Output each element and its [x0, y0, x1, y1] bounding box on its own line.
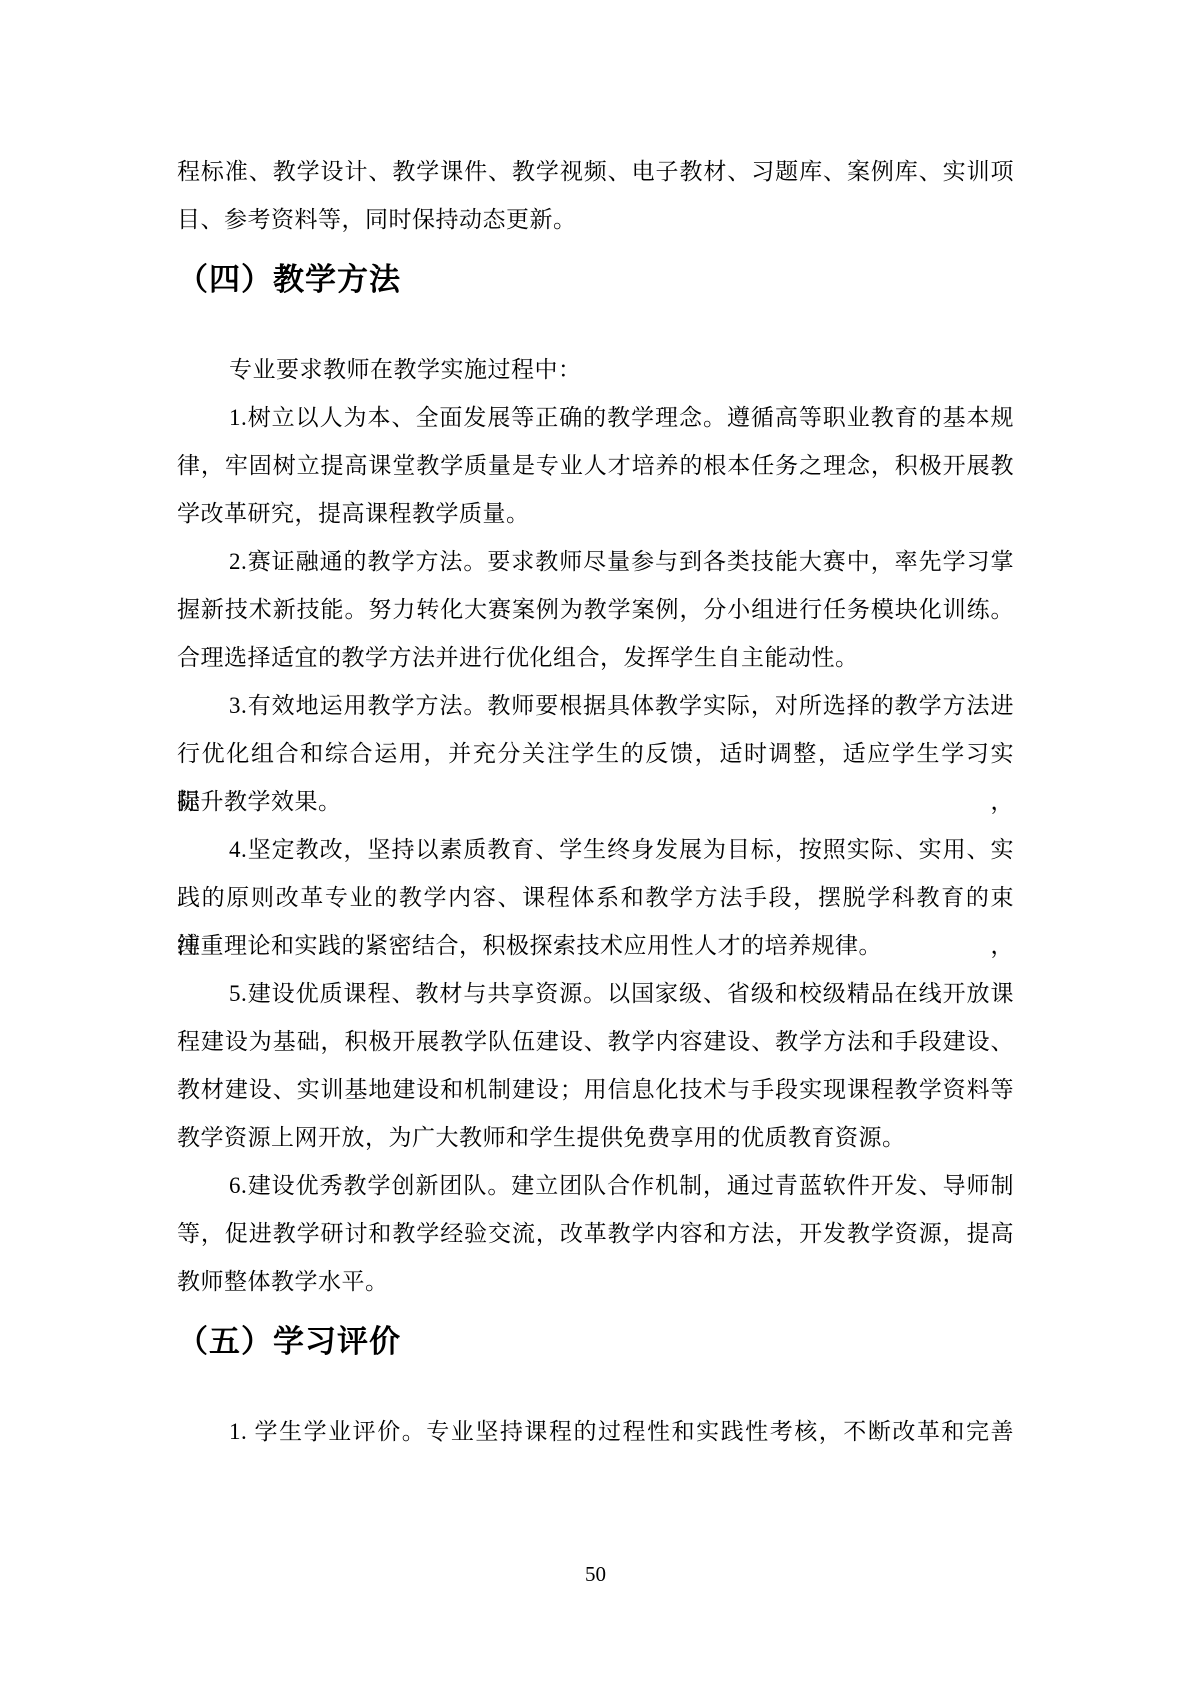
body-line: 践的原则改革专业的教学内容、课程体系和教学方法手段，摆脱学科教育的束缚，: [177, 874, 1014, 922]
body-line: 1.树立以人为本、全面发展等正确的教学理念。遵循高等职业教育的基本规: [177, 394, 1014, 442]
body-line: 教师整体教学水平。: [177, 1258, 1014, 1306]
body-line: 6.建设优秀教学创新团队。建立团队合作机制，通过青蓝软件开发、导师制: [177, 1162, 1014, 1210]
document-page: 程标准、教学设计、教学课件、教学视频、电子教材、习题库、案例库、实训项目、参考资…: [0, 0, 1191, 1684]
body-line: 4.坚定教改，坚持以素质教育、学生终身发展为目标，按照实际、实用、实: [177, 826, 1014, 874]
body-line: 专业要求教师在教学实施过程中：: [177, 346, 1014, 394]
body-line: 教材建设、实训基地建设和机制建设；用信息化技术与手段实现课程教学资料等: [177, 1066, 1014, 1114]
body-line: 等，促进教学研讨和教学经验交流，改革教学内容和方法，开发教学资源，提高: [177, 1210, 1014, 1258]
body-line: 目、参考资料等，同时保持动态更新。: [177, 196, 1014, 244]
body-line: 律，牢固树立提高课堂教学质量是专业人才培养的根本任务之理念，积极开展教: [177, 442, 1014, 490]
page-footer: 50: [0, 1558, 1191, 1590]
body-line: 1. 学生学业评价。专业坚持课程的过程性和实践性考核，不断改革和完善: [177, 1408, 1014, 1456]
body-line: 程建设为基础，积极开展教学队伍建设、教学内容建设、教学方法和手段建设、: [177, 1018, 1014, 1066]
body-line: 2.赛证融通的教学方法。要求教师尽量参与到各类技能大赛中，率先学习掌: [177, 538, 1014, 586]
body-line: 教学资源上网开放，为广大教师和学生提供免费享用的优质教育资源。: [177, 1114, 1014, 1162]
section-heading: （五）学习评价: [177, 1320, 1014, 1364]
body-line: 5.建设优质课程、教材与共享资源。以国家级、省级和校级精品在线开放课: [177, 970, 1014, 1018]
section-heading: （四）教学方法: [177, 258, 1014, 302]
page-number: 50: [585, 1562, 606, 1586]
body-line: 3.有效地运用教学方法。教师要根据具体教学实际，对所选择的教学方法进: [177, 682, 1014, 730]
body-line: 合理选择适宜的教学方法并进行优化组合，发挥学生自主能动性。: [177, 634, 1014, 682]
body-line: 程标准、教学设计、教学课件、教学视频、电子教材、习题库、案例库、实训项: [177, 148, 1014, 196]
body-line: 握新技术新技能。努力转化大赛案例为教学案例，分小组进行任务模块化训练。: [177, 586, 1014, 634]
body-line: 学改革研究，提高课程教学质量。: [177, 490, 1014, 538]
body-line: 行优化组合和综合运用，并充分关注学生的反馈，适时调整，适应学生学习实际，: [177, 730, 1014, 778]
document-content: 程标准、教学设计、教学课件、教学视频、电子教材、习题库、案例库、实训项目、参考资…: [177, 148, 1014, 1456]
